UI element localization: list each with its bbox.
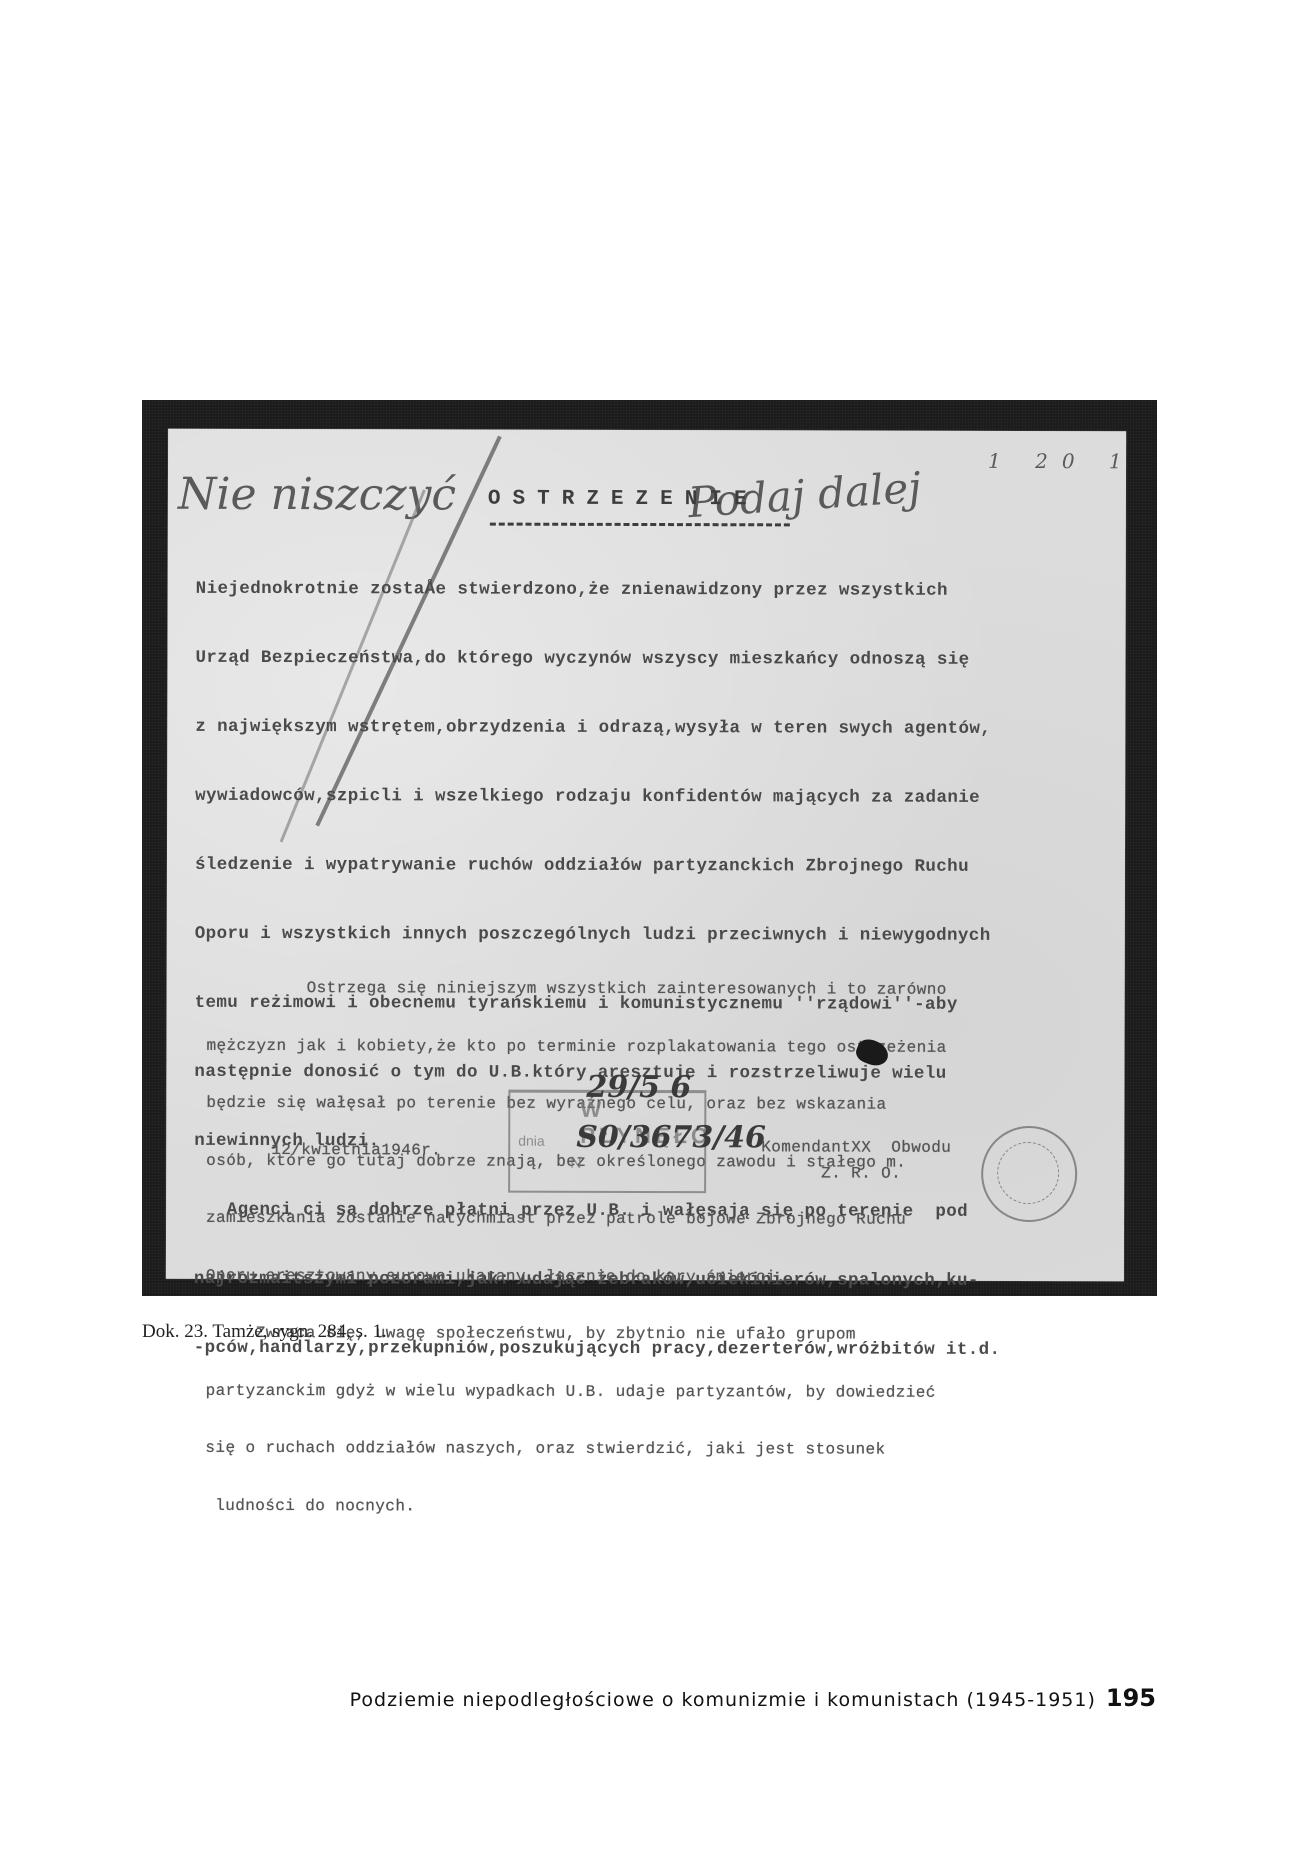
signature-commander: KomendantXX Obwodu — [761, 1138, 951, 1156]
text-line: z największym wstrętem,obrzydzenia i odr… — [195, 711, 1002, 746]
text-line: Ostrzega się niniejszym wszystkich zaint… — [207, 978, 947, 1001]
running-title: Podziemie niepodległościowe o komunizmie… — [350, 1689, 1096, 1711]
figure-caption: Dok. 23. Tamże, sygn. 284, s. 1. — [142, 1321, 387, 1343]
text-line: śledzenie i wypatrywanie ruchów oddziałó… — [195, 849, 1002, 884]
stamp-number-label: N — [570, 1155, 582, 1173]
document-photograph: Nie niszczyć Podaj dalej 1 20 1 OSTRZEZE… — [142, 400, 1157, 1296]
handwritten-stamp-number: S0/3673/46 — [576, 1120, 766, 1155]
text-line: ludności do nocnych. — [205, 1495, 945, 1518]
text-line: Niejednokrotnie zostaÅe stwierdzono,że z… — [196, 573, 1003, 608]
round-seal-stamp — [981, 1126, 1077, 1222]
text-line: się o ruchach oddziałów naszych, oraz st… — [205, 1438, 945, 1461]
stamp-day-label: dnia — [518, 1133, 545, 1149]
text-line: zamieszkania zostanie natychmiast przez … — [206, 1208, 946, 1231]
text-line: mężczyzn jak i kobiety,że kto po termini… — [206, 1035, 946, 1058]
document-title: OSTRZEZENIE — [488, 488, 759, 512]
text-line: Urząd Bezpieczeństwa,do którego wyczynów… — [195, 642, 1002, 677]
text-line: partyzanckim gdyż w wielu wypadkach U.B.… — [206, 1380, 946, 1403]
text-line: Oporu aresztowany surowo ukarany, łączni… — [206, 1265, 946, 1288]
handwritten-corner-marks: 1 20 1 — [988, 449, 1136, 473]
title-underline — [490, 523, 790, 527]
archival-document: Nie niszczyć Podaj dalej 1 20 1 OSTRZEZE… — [166, 429, 1126, 1282]
page-number: 195 — [1106, 1684, 1156, 1712]
handwritten-stamp-date: 29/5 6 — [586, 1070, 691, 1105]
text-line: wywiadowców,szpicli i wszelkiego rodzaju… — [195, 780, 1002, 815]
page-footer: Podziemie niepodległościowe o komunizmie… — [271, 1684, 1156, 1712]
signature-organization: Z. R. O. — [821, 1164, 901, 1182]
document-date: 12/kwietnia1946r. — [271, 1141, 441, 1159]
paragraph-warning-notice: Ostrzega się niniejszym wszystkich zaint… — [205, 942, 947, 1555]
